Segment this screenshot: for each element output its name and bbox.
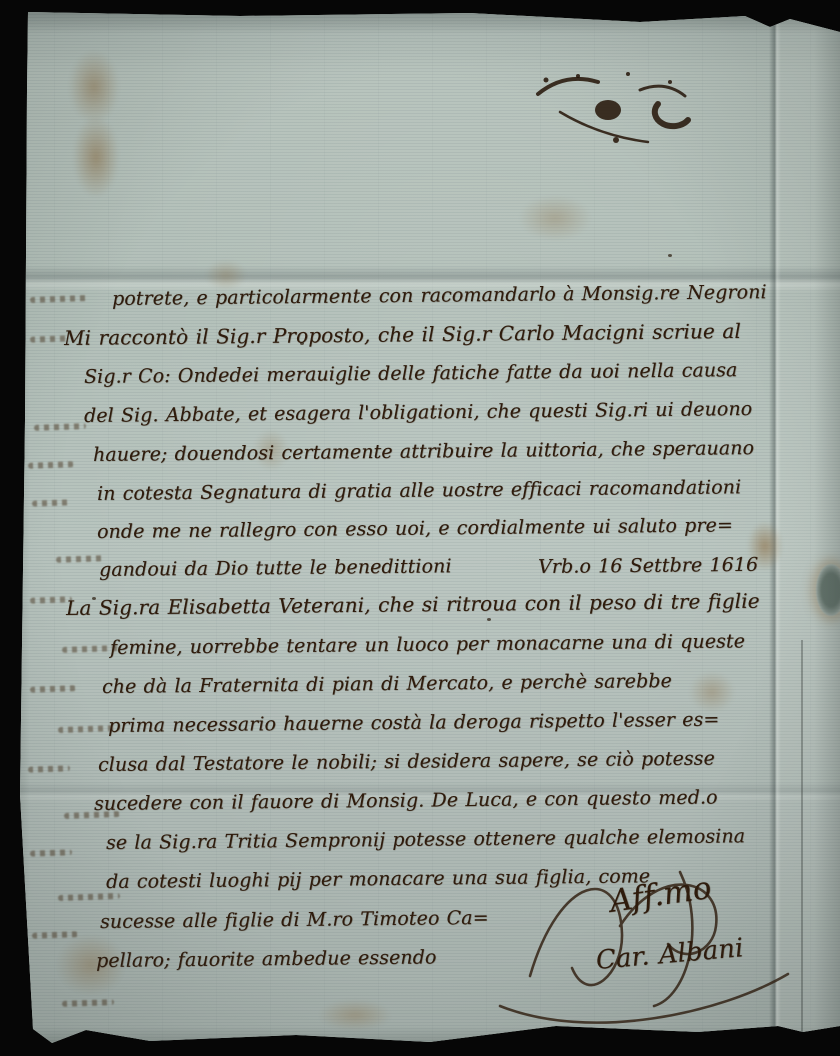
manuscript-line: La Sig.ra Elisabetta Veterani, che si ri… [66,589,760,620]
manuscript-line: Sig.r Co: Ondedei merauiglie delle fatic… [84,359,738,388]
manuscript-line: del Sig. Abbate, et esagera l'obligation… [84,398,752,427]
letter-page: potrete, e particolarmente con racomanda… [0,0,840,1056]
manuscript-line: pellaro; fauorite ambedue essendo [96,946,437,972]
manuscript-line: onde me ne rallegro con esso uoi, e cord… [97,514,733,543]
manuscript-line: prima necessario hauerne costà la deroga… [108,709,720,737]
dateline: Vrb.o 16 Settbre 1616 [538,554,758,578]
manuscript-text: potrete, e particolarmente con racomanda… [0,0,840,1056]
manuscript-line: che dà la Fraternita di pian di Mercato,… [102,670,672,698]
manuscript-line: sucesse alle figlie di M.ro Timoteo Ca= [100,907,489,933]
manuscript-line: hauere; douendosi certamente attribuire … [93,437,754,466]
scanned-letter-photo: potrete, e particolarmente con racomanda… [0,0,840,1056]
manuscript-line: clusa dal Testatore le nobili; si deside… [98,748,715,776]
manuscript-line: se la Sig.ra Tritia Sempronij potesse ot… [106,825,745,854]
manuscript-line: femine, uorrebbe tentare un luoco per mo… [110,630,745,659]
manuscript-line: potrete, e particolarmente con racomanda… [112,281,767,310]
manuscript-line: in cotesta Segnatura di gratia alle uost… [97,476,741,505]
manuscript-line: Mi raccontò il Sig.r Proposto, che il Si… [64,319,741,350]
manuscript-line: gandoui da Dio tutte le benedittioni [99,555,452,581]
manuscript-line: sucedere con il fauore di Monsig. De Luc… [94,786,718,815]
